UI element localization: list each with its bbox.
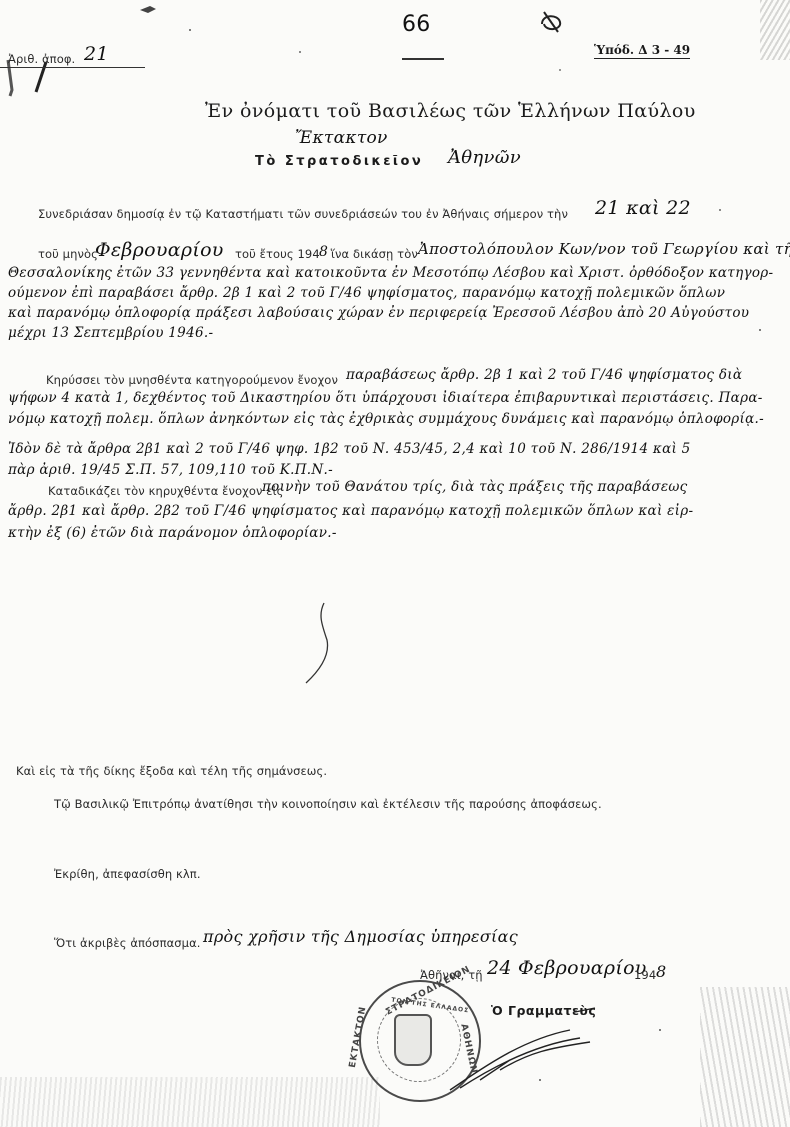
decision-number-underline: [0, 67, 145, 68]
legal-basis-line-2: πὰρ ἀριθ. 19/45 Σ.Π. 57, 109,110 τοῦ Κ.Π…: [8, 462, 333, 478]
signature-day: 24: [487, 957, 512, 979]
month-label: τοῦ μηνὸς: [38, 247, 98, 261]
court-name-printed: Τὸ Στρατοδικεῖον: [255, 154, 423, 169]
seal-crest-icon: [394, 1014, 432, 1066]
commissioner-clause: Τῷ Βασιλικῷ Ἐπιτρόπῳ ἀνατίθησι τὴν κοινο…: [54, 797, 602, 811]
defendant-name: Ἀποστολόπουλον Κων/νον τοῦ Γεωργίου καὶ …: [418, 240, 790, 258]
verdict-line-1: παραβάσεως ἄρθρ. 2β 1 καὶ 2 τοῦ Γ/46 ψηφ…: [346, 367, 742, 383]
handwritten-initial-mark: [538, 8, 566, 36]
decision-number-label: Ἀριθ. ἀποφ.: [8, 52, 75, 66]
sentence-line-3: κτὴν ἐξ (6) ἐτῶν διὰ παράνομον ὁπλοφορία…: [8, 525, 337, 541]
signature-place: Ἀθῆναι, τῇ: [420, 968, 483, 982]
legal-basis-line-1: Ἰδὸν δὲ τὰ ἄρθρα 2β1 καὶ 2 τοῦ Γ/46 ψηφ.…: [8, 441, 691, 457]
session-intro: Συνεδριάσαν δημοσίᾳ ἐν τῷ Καταστήματι τῶ…: [38, 207, 568, 221]
court-city-handwritten: Ἀθηνῶν: [448, 147, 521, 168]
charge-line-1: Θεσσαλονίκης ἐτῶν 33 γεννηθέντα καὶ κατο…: [8, 265, 773, 281]
costs-clause: Καὶ εἰς τὰ τῆς δίκης ἔξοδα καὶ τέλη τῆς …: [16, 764, 327, 778]
reference-code: Ὑπόδ. Δ 3 - 49: [594, 43, 690, 59]
scan-specks: [0, 0, 790, 1127]
year-label: τοῦ ἔτους 194: [235, 247, 320, 261]
month-handwritten: Φεβρουαρίου: [95, 239, 224, 261]
court-type-handwritten: Ἔκτακτον: [295, 128, 388, 148]
judged-clause: Ἐκρίθη, ἀπεφασίσθη κλπ.: [54, 867, 201, 881]
blank-fill-squiggle: [300, 595, 330, 695]
signature-scrawl: [440, 1000, 620, 1100]
year-digit: 8: [319, 244, 328, 260]
trial-label: ἵνα δικάσῃ τὸν: [331, 247, 418, 261]
decision-number-value: 21: [84, 43, 109, 65]
sentence-line-2: ἄρθρ. 2β1 καὶ ἄρθρ. 2β2 τοῦ Γ/46 ψηφίσμα…: [8, 503, 693, 519]
page-number: 66: [402, 12, 431, 37]
signature-month: Φεβρουαρίου: [518, 957, 647, 979]
scan-noise-bottom-left: [0, 1077, 380, 1127]
signature-year: 194: [634, 968, 656, 982]
certification-handwritten: πρὸς χρῆσιν τῆς Δημοσίας ὑπηρεσίας: [203, 927, 518, 946]
page-number-underline: [402, 58, 444, 60]
sentence-line-1: ποινὴν τοῦ Θανάτου τρίς, διὰ τὰς πράξεις…: [262, 479, 688, 495]
scan-noise-top-right: [760, 0, 790, 60]
session-dates: 21 καὶ 22: [595, 197, 691, 219]
seal-text-left: ΕΚΤΑΚΤΟΝ: [348, 1005, 369, 1068]
signature-year-digit: 8: [656, 962, 666, 981]
charge-line-4: μέχρι 13 Σεπτεμβρίου 1946.-: [8, 325, 213, 341]
certification-printed: Ὅτι ἀκριβὲς ἀπόσπασμα.: [54, 936, 201, 950]
verdict-line-3: νόμῳ κατοχῇ πολεμ. ὅπλων ἀνηκόντων εἰς τ…: [8, 411, 764, 427]
charge-line-2: ούμενον ἐπὶ παραβάσει ἄρθρ. 2β 1 καὶ 2 τ…: [8, 285, 725, 301]
verdict-line-2: ψήφων 4 κατὰ 1, δεχθέντος τοῦ Δικαστηρίο…: [8, 390, 763, 406]
invocation-heading: Ἐν ὀνόματι τοῦ Βασιλέως τῶν Ἑλλήνων Παύλ…: [205, 100, 696, 122]
scan-noise-bottom-right: [700, 987, 790, 1127]
verdict-intro: Κηρύσσει τὸν μνησθέντα κατηγορούμενον ἔν…: [46, 373, 338, 387]
sentence-intro: Καταδικάζει τὸν κηρυχθέντα ἔνοχον εἰς: [48, 484, 283, 498]
charge-line-3: καὶ παρανόμῳ ὁπλοφορίᾳ πράξεσι λαβούσαις…: [8, 305, 749, 321]
